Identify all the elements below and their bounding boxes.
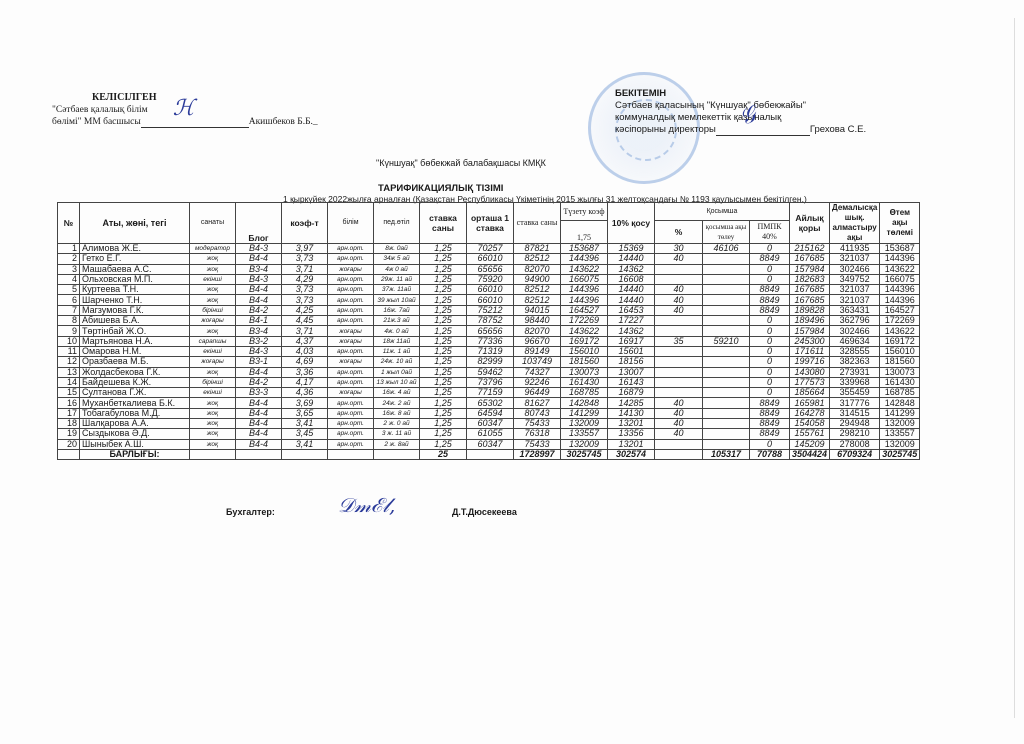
cell-corr: 132009 [561, 439, 608, 449]
cell-rate2: 96670 [514, 336, 561, 346]
cell-monthly: 164278 [790, 408, 830, 418]
cell-category: бірінші [190, 305, 236, 315]
col-correction-coef: Түзету коэф [561, 203, 608, 221]
cell-payment: 143622 [880, 326, 920, 336]
cell-monthly: 171611 [790, 346, 830, 356]
cell-experience: 34ж 5 ай [374, 254, 420, 264]
cell-avg: 59462 [467, 367, 514, 377]
approval-approved-heading: БЕКІТЕМІН [615, 88, 866, 100]
cell-pct [655, 316, 703, 326]
table-row: 6Шарченко Т.Н.жоқВ4-43,73арн.орт.39 жыл … [58, 295, 920, 305]
table-total-row: БАРЛЫҒЫ:25172899730257453025741053177078… [58, 449, 920, 459]
cell-rate: 1,25 [420, 439, 467, 449]
cell-name: Оразбаева М.Б. [80, 357, 190, 367]
col-extra-pct: % [655, 221, 703, 244]
total-monthly: 3504424 [790, 449, 830, 459]
cell-payment: 144396 [880, 254, 920, 264]
cell-rate: 1,25 [420, 244, 467, 254]
cell-experience: 16ж. 7ай [374, 305, 420, 315]
cell-pct: 40 [655, 419, 703, 429]
cell-corr: 168785 [561, 388, 608, 398]
cell-vacation: 278008 [830, 439, 880, 449]
cell-vacation: 328555 [830, 346, 880, 356]
cell-no: 15 [58, 388, 80, 398]
cell-pmpk: 0 [750, 357, 790, 367]
cell-no: 7 [58, 305, 80, 315]
cell-payment: 161430 [880, 377, 920, 387]
cell-avg: 64594 [467, 408, 514, 418]
cell-extra [703, 254, 750, 264]
cell-rate2: 80743 [514, 408, 561, 418]
cell-pct: 40 [655, 398, 703, 408]
cell-rate: 1,25 [420, 408, 467, 418]
total-label: БАРЛЫҒЫ: [80, 449, 190, 459]
cell-plus10: 14440 [608, 285, 655, 295]
cell-rate: 1,25 [420, 264, 467, 274]
cell-vacation: 355459 [830, 388, 880, 398]
cell-corr: 141299 [561, 408, 608, 418]
cell-rate: 1,25 [420, 326, 467, 336]
cell-name: Жолдасбекова Г.К. [80, 367, 190, 377]
cell-monthly: 199716 [790, 357, 830, 367]
cell-payment: 132009 [880, 419, 920, 429]
cell-pct [655, 357, 703, 367]
cell-category: модератор [190, 244, 236, 254]
cell-rate2: 94015 [514, 305, 561, 315]
cell-payment: 164527 [880, 305, 920, 315]
total-empty-cell [282, 449, 328, 459]
cell-education: арн.орт. [328, 346, 374, 356]
cell-vacation: 363431 [830, 305, 880, 315]
cell-category: жоқ [190, 264, 236, 274]
cell-rate: 1,25 [420, 419, 467, 429]
cell-rate2: 98440 [514, 316, 561, 326]
cell-category: жоқ [190, 429, 236, 439]
cell-rate2: 74327 [514, 367, 561, 377]
cell-plus10: 13007 [608, 367, 655, 377]
cell-experience: 16ж. 8 ай [374, 408, 420, 418]
cell-education: арн.орт. [328, 377, 374, 387]
approval-approved-line3: кәсіпорыны директоры [615, 124, 716, 135]
cell-coef: 4,37 [282, 336, 328, 346]
cell-corr: 181560 [561, 357, 608, 367]
cell-name: Магзумова Г.К. [80, 305, 190, 315]
cell-extra [703, 419, 750, 429]
cell-pmpk: 8849 [750, 254, 790, 264]
cell-payment: 132009 [880, 439, 920, 449]
cell-coef: 4,29 [282, 274, 328, 284]
cell-payment: 156010 [880, 346, 920, 356]
cell-vacation: 349752 [830, 274, 880, 284]
cell-monthly: 245300 [790, 336, 830, 346]
table-row: 4Ольховская М.П.екіншіВ4-34,29арн.орт.29… [58, 274, 920, 284]
cell-pmpk: 8849 [750, 398, 790, 408]
tariff-table: № Аты, жөні, тегі санаты Блог коэф-т біл… [57, 202, 920, 460]
cell-no: 19 [58, 429, 80, 439]
cell-rate2: 82070 [514, 326, 561, 336]
cell-avg: 60347 [467, 439, 514, 449]
cell-no: 17 [58, 408, 80, 418]
cell-extra [703, 285, 750, 295]
total-empty-cell [374, 449, 420, 459]
cell-education: жоғары [328, 264, 374, 274]
accountant-signature-mark: 𝒟𝓂ℰ𝓁, [338, 493, 395, 517]
col-monthly-fund: Айлық қоры [790, 203, 830, 244]
organization-name: "Күншуақ" бөбекжай балабақшасы КМҚК [376, 158, 546, 168]
cell-pmpk: 0 [750, 346, 790, 356]
cell-coef: 4,25 [282, 305, 328, 315]
table-row: 18Шалқарова А.А.жоқВ4-43,41арн.орт.2 ж. … [58, 419, 920, 429]
col-block: Блог [236, 203, 282, 244]
cell-monthly: 167685 [790, 285, 830, 295]
col-rate-count: ставка саны [420, 203, 467, 244]
approval-agreed-block: КЕЛІСІЛГЕН "Сәтбаев қалалық білім бөлімі… [52, 92, 318, 128]
cell-corr: 156010 [561, 346, 608, 356]
cell-name: Төртінбай Ж.О. [80, 326, 190, 336]
cell-name: Муханбеткалиева Б.К. [80, 398, 190, 408]
col-extra-group: Қосымша [655, 203, 790, 221]
cell-category: екінші [190, 274, 236, 284]
total-pct [655, 449, 703, 459]
cell-pmpk: 0 [750, 274, 790, 284]
cell-coef: 3,45 [282, 429, 328, 439]
total-empty-cell [328, 449, 374, 459]
cell-payment: 141299 [880, 408, 920, 418]
cell-experience: 37ж. 11ай [374, 285, 420, 295]
cell-coef: 3,41 [282, 419, 328, 429]
cell-education: арн.орт. [328, 429, 374, 439]
cell-corr: 130073 [561, 367, 608, 377]
cell-corr: 144396 [561, 295, 608, 305]
cell-block: В4-4 [236, 295, 282, 305]
cell-corr: 144396 [561, 254, 608, 264]
cell-extra [703, 295, 750, 305]
cell-category: жоқ [190, 419, 236, 429]
cell-plus10: 16608 [608, 274, 655, 284]
cell-pmpk: 0 [750, 336, 790, 346]
cell-plus10: 17227 [608, 316, 655, 326]
cell-payment: 181560 [880, 357, 920, 367]
cell-pmpk: 0 [750, 377, 790, 387]
table-row: 16Муханбеткалиева Б.К.жоқВ4-43,69арн.орт… [58, 398, 920, 408]
col-experience: пед.өтіл [374, 203, 420, 244]
cell-block: В4-2 [236, 377, 282, 387]
cell-experience: 4ж 0 ай [374, 264, 420, 274]
total-corr: 3025745 [561, 449, 608, 459]
cell-category: жоқ [190, 398, 236, 408]
cell-coef: 3,73 [282, 295, 328, 305]
cell-category: жоқ [190, 326, 236, 336]
table-row: 5Куртеева Т.Н.жоқВ4-43,73арн.орт.37ж. 11… [58, 285, 920, 295]
cell-rate2: 89149 [514, 346, 561, 356]
cell-rate2: 82512 [514, 254, 561, 264]
cell-monthly: 154058 [790, 419, 830, 429]
cell-monthly: 145209 [790, 439, 830, 449]
cell-vacation: 317776 [830, 398, 880, 408]
cell-plus10: 14362 [608, 326, 655, 336]
cell-corr: 161430 [561, 377, 608, 387]
total-payment: 3025745 [880, 449, 920, 459]
cell-vacation: 321037 [830, 295, 880, 305]
cell-pmpk: 8849 [750, 429, 790, 439]
cell-avg: 75920 [467, 274, 514, 284]
cell-no: 11 [58, 346, 80, 356]
col-correction-value: 1,75 [561, 221, 608, 244]
cell-monthly: 167685 [790, 254, 830, 264]
cell-payment: 144396 [880, 295, 920, 305]
cell-name: Гетко Е.Г. [80, 254, 190, 264]
approval-approved-signer: Грехова С.Е. [810, 124, 866, 135]
cell-coef: 4,69 [282, 357, 328, 367]
cell-vacation: 314515 [830, 408, 880, 418]
cell-monthly: 177573 [790, 377, 830, 387]
cell-rate: 1,25 [420, 254, 467, 264]
cell-monthly: 167685 [790, 295, 830, 305]
table-row: 7Магзумова Г.К.біріншіВ4-24,25арн.орт.16… [58, 305, 920, 315]
cell-rate2: 96449 [514, 388, 561, 398]
cell-education: арн.орт. [328, 398, 374, 408]
cell-pmpk: 0 [750, 264, 790, 274]
cell-coef: 3,36 [282, 367, 328, 377]
cell-coef: 3,97 [282, 244, 328, 254]
cell-coef: 3,65 [282, 408, 328, 418]
cell-payment: 166075 [880, 274, 920, 284]
cell-pct [655, 388, 703, 398]
cell-category: жоқ [190, 439, 236, 449]
cell-experience: 18ж 11ай [374, 336, 420, 346]
cell-vacation: 298210 [830, 429, 880, 439]
signature-mark: ℋ [173, 103, 195, 115]
table-row: 13Жолдасбекова Г.К.жоқВ4-43,36арн.орт.1 … [58, 367, 920, 377]
cell-extra [703, 388, 750, 398]
cell-no: 16 [58, 398, 80, 408]
cell-no: 10 [58, 336, 80, 346]
cell-education: арн.орт. [328, 316, 374, 326]
cell-name: Алимова Ж.Е. [80, 244, 190, 254]
table-row: 9Төртінбай Ж.О.жоқВ3-43,71жоғары4ж. 0 ай… [58, 326, 920, 336]
cell-vacation: 321037 [830, 254, 880, 264]
cell-pct [655, 439, 703, 449]
cell-monthly: 157984 [790, 264, 830, 274]
cell-pmpk: 0 [750, 316, 790, 326]
cell-experience: 29ж. 11 ай [374, 274, 420, 284]
cell-pmpk: 0 [750, 326, 790, 336]
cell-no: 8 [58, 316, 80, 326]
cell-avg: 66010 [467, 285, 514, 295]
cell-experience: 24ж. 2 ай [374, 398, 420, 408]
cell-plus10: 13201 [608, 419, 655, 429]
cell-extra [703, 326, 750, 336]
cell-monthly: 185664 [790, 388, 830, 398]
table-row: 20Шыныбек А.Ш.жоқВ4-43,41арн.орт.2 ж. 8а… [58, 439, 920, 449]
col-pmpk: ПМПК 40% [750, 221, 790, 244]
cell-corr: 166075 [561, 274, 608, 284]
cell-no: 3 [58, 264, 80, 274]
cell-extra [703, 367, 750, 377]
cell-avg: 82999 [467, 357, 514, 367]
accountant-label: Бухгалтер: [226, 507, 275, 517]
table-row: 11Омарова Н.М.екіншіВ4-34,03арн.орт.11ж.… [58, 346, 920, 356]
cell-extra [703, 377, 750, 387]
cell-rate2: 76318 [514, 429, 561, 439]
cell-experience: 13 жыл 10 ай [374, 377, 420, 387]
cell-monthly: 155761 [790, 429, 830, 439]
cell-payment: 142848 [880, 398, 920, 408]
cell-pct: 40 [655, 429, 703, 439]
cell-rate2: 94900 [514, 274, 561, 284]
cell-block: В4-4 [236, 408, 282, 418]
cell-pct [655, 346, 703, 356]
cell-pmpk: 8849 [750, 408, 790, 418]
cell-monthly: 189828 [790, 305, 830, 315]
cell-corr: 133557 [561, 429, 608, 439]
cell-extra [703, 346, 750, 356]
cell-rate: 1,25 [420, 388, 467, 398]
cell-rate: 1,25 [420, 398, 467, 408]
cell-avg: 70257 [467, 244, 514, 254]
col-category: санаты [190, 203, 236, 244]
cell-avg: 61055 [467, 429, 514, 439]
table-row: 12Оразбаева М.Б.жоғарыВ3-14,69жоғары24ж.… [58, 357, 920, 367]
cell-education: жоғары [328, 336, 374, 346]
col-rate-count-2: ставка саны [514, 203, 561, 244]
cell-no: 6 [58, 295, 80, 305]
cell-coef: 3,69 [282, 398, 328, 408]
cell-avg: 77336 [467, 336, 514, 346]
cell-corr: 143622 [561, 264, 608, 274]
cell-experience: 4ж. 0 ай [374, 326, 420, 336]
cell-extra [703, 316, 750, 326]
cell-extra [703, 408, 750, 418]
cell-no: 12 [58, 357, 80, 367]
cell-avg: 78752 [467, 316, 514, 326]
cell-coef: 4,36 [282, 388, 328, 398]
cell-avg: 73796 [467, 377, 514, 387]
cell-block: В3-1 [236, 357, 282, 367]
table-row: 15Султанова Г.Ж.екіншіВ3-34,36жоғары16ж.… [58, 388, 920, 398]
cell-name: Султанова Г.Ж. [80, 388, 190, 398]
cell-no: 20 [58, 439, 80, 449]
table-body: 1Алимова Ж.Е.модераторВ4-33,97арн.орт.8ж… [58, 244, 920, 460]
cell-pmpk: 0 [750, 367, 790, 377]
cell-block: В4-3 [236, 346, 282, 356]
cell-pct [655, 274, 703, 284]
cell-pct: 40 [655, 408, 703, 418]
cell-category: сарапшы [190, 336, 236, 346]
cell-rate: 1,25 [420, 274, 467, 284]
cell-pct: 30 [655, 244, 703, 254]
cell-education: арн.орт. [328, 408, 374, 418]
cell-pct [655, 377, 703, 387]
cell-education: арн.орт. [328, 295, 374, 305]
cell-experience: 8ж. 0ай [374, 244, 420, 254]
cell-pct [655, 264, 703, 274]
cell-category: бірінші [190, 377, 236, 387]
cell-experience: 24ж. 10 ай [374, 357, 420, 367]
cell-pmpk: 8849 [750, 419, 790, 429]
cell-corr: 172269 [561, 316, 608, 326]
cell-plus10: 15369 [608, 244, 655, 254]
cell-corr: 169172 [561, 336, 608, 346]
cell-no: 18 [58, 419, 80, 429]
total-rate: 25 [420, 449, 467, 459]
total-empty-cell [236, 449, 282, 459]
total-plus10: 302574 [608, 449, 655, 459]
cell-education: арн.орт. [328, 254, 374, 264]
cell-name: Байдешева К.Ж. [80, 377, 190, 387]
cell-rate: 1,25 [420, 316, 467, 326]
cell-pmpk: 0 [750, 388, 790, 398]
cell-pct [655, 367, 703, 377]
table-header: № Аты, жөні, тегі санаты Блог коэф-т біл… [58, 203, 920, 244]
cell-education: жоғары [328, 388, 374, 398]
cell-rate: 1,25 [420, 295, 467, 305]
cell-corr: 144396 [561, 285, 608, 295]
cell-education: арн.орт. [328, 285, 374, 295]
cell-avg: 60347 [467, 419, 514, 429]
table-row: 17Тобагабулова М.Д.жоқВ4-43,65арн.орт.16… [58, 408, 920, 418]
cell-monthly: 189496 [790, 316, 830, 326]
cell-extra: 59210 [703, 336, 750, 346]
cell-category: жоқ [190, 367, 236, 377]
cell-no: 13 [58, 367, 80, 377]
cell-block: В4-4 [236, 439, 282, 449]
cell-vacation: 294948 [830, 419, 880, 429]
cell-experience: 2 ж. 8ай [374, 439, 420, 449]
cell-extra [703, 429, 750, 439]
cell-monthly: 143080 [790, 367, 830, 377]
cell-avg: 75212 [467, 305, 514, 315]
cell-pct: 40 [655, 254, 703, 264]
cell-coef: 4,17 [282, 377, 328, 387]
cell-vacation: 382363 [830, 357, 880, 367]
approval-agreed-signer: Акишбеков Б.Б._ [249, 117, 318, 127]
cell-block: В3-3 [236, 388, 282, 398]
cell-vacation: 411935 [830, 244, 880, 254]
cell-block: В4-4 [236, 429, 282, 439]
cell-name: Омарова Н.М. [80, 346, 190, 356]
cell-rate: 1,25 [420, 346, 467, 356]
cell-name: Ольховская М.П. [80, 274, 190, 284]
cell-monthly: 182683 [790, 274, 830, 284]
cell-extra [703, 274, 750, 284]
cell-vacation: 302466 [830, 326, 880, 336]
cell-plus10: 13356 [608, 429, 655, 439]
col-payment: Өтем ақы төлемі [880, 203, 920, 244]
cell-pmpk: 8849 [750, 295, 790, 305]
cell-avg: 66010 [467, 295, 514, 305]
cell-block: В4-3 [236, 274, 282, 284]
cell-extra [703, 439, 750, 449]
cell-rate2: 75433 [514, 419, 561, 429]
cell-rate2: 87821 [514, 244, 561, 254]
cell-education: арн.орт. [328, 244, 374, 254]
cell-plus10: 14440 [608, 295, 655, 305]
cell-vacation: 302466 [830, 264, 880, 274]
cell-rate: 1,25 [420, 285, 467, 295]
cell-plus10: 18156 [608, 357, 655, 367]
table-row: 8Абишева Б.А.жоғарыВ4-14,45арн.орт.21ж.3… [58, 316, 920, 326]
cell-vacation: 469634 [830, 336, 880, 346]
cell-experience: 2 ж. 0 ай [374, 419, 420, 429]
cell-no: 2 [58, 254, 80, 264]
cell-avg: 65302 [467, 398, 514, 408]
cell-corr: 153687 [561, 244, 608, 254]
total-avg [467, 449, 514, 459]
cell-avg: 65656 [467, 326, 514, 336]
cell-extra [703, 357, 750, 367]
cell-education: арн.орт. [328, 305, 374, 315]
